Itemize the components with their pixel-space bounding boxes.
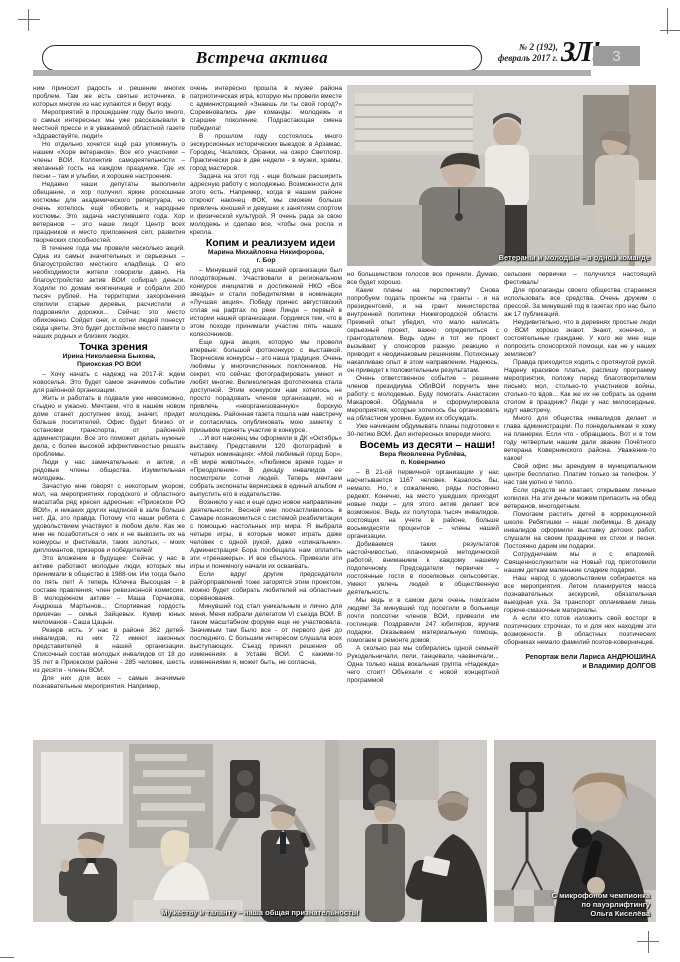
paragraph: – В 21-ой первичной организации у нас на…	[347, 469, 499, 541]
paragraph: ...И вот наконец мы оформили в ДК «Октяб…	[190, 435, 342, 499]
paragraph: Люди у нас замечательные: и актив, и ряд…	[33, 459, 185, 483]
page-number: 3	[612, 49, 620, 64]
header-rule	[33, 70, 591, 76]
paragraph: Мы ведь и в самом деле очень помогаем лю…	[347, 597, 499, 645]
paragraph: Наш народ с удовольствием собирается на …	[504, 575, 656, 615]
crop-mark-top-right	[660, 30, 680, 31]
paragraph: Правда приходится ходить с протянутой ру…	[504, 359, 656, 415]
newspaper-page: Встреча актива № 2 (192), февраль 2017 г…	[0, 0, 680, 962]
photo-caption: С микрофоном чемпионка по пауэрлифтингу …	[552, 891, 650, 918]
reporters-credit: Репортаж вели Лариса АНДРЮШИНА и Владими…	[504, 653, 656, 671]
crop-mark-top-left	[28, 9, 29, 31]
paragraph: – Минувший год для нашей организации был…	[190, 267, 342, 339]
paragraph: Если вдруг другие председатели райгорпра…	[190, 571, 342, 603]
paragraph: Помогаем растить детей в коррекционной ш…	[504, 511, 656, 551]
paragraph: – Хочу начать с надежд на 2017-й: ждем н…	[33, 371, 185, 395]
paragraph: В течение года мы провели несколько акци…	[33, 245, 185, 341]
column-1: ним приносит радость и решение многих пр…	[33, 85, 185, 737]
page-number-box: 3	[593, 46, 640, 66]
article-headline: Копим и реализуем идеи	[190, 237, 342, 249]
paragraph: Но отдельно хочется ещё раз упомянуть о …	[33, 141, 185, 181]
paragraph: сельские первички – получился настоящий …	[504, 271, 656, 287]
paragraph: Много для общества инвалидов делает и гл…	[504, 415, 656, 463]
paragraph: очень интересно прошла в музее района па…	[190, 85, 342, 133]
paragraph: А если кто готов изложить свой восторг в…	[504, 615, 656, 647]
section-title: Встреча актива	[196, 48, 328, 68]
column-3: но большинством голосов все приняли. Дум…	[347, 271, 499, 737]
paragraph: Зачастую мне говорят с некоторым укором,…	[33, 483, 185, 555]
paragraph: Для пропаганды своего общества стараемся…	[504, 287, 656, 319]
photo-veterans-and-youth: Ветераны и молодые – в одной команде	[347, 85, 656, 266]
paragraph: В прошлом году состоялось много экскурси…	[190, 133, 342, 173]
photo-illustration	[347, 85, 656, 266]
paragraph: Если средств не хватает, открываем личны…	[504, 487, 656, 511]
paragraph: но большинством голосов все приняли. Дум…	[347, 271, 499, 287]
article-byline: Ирина Николаевна Быкова, Приокская РО ВО…	[33, 353, 185, 369]
column-4: сельские первички – получился настоящий …	[504, 271, 656, 737]
paragraph: Резерв есть. У нас в районе 362 детей-ин…	[33, 627, 185, 675]
paragraph: Недавно наши депутаты выполнили обещание…	[33, 181, 185, 245]
paragraph: Добиваемся таких результатов настойчивос…	[347, 541, 499, 597]
photo-olga-kiseleva: С микрофоном чемпионка по пауэрлифтингу …	[494, 740, 656, 922]
photo-award-ceremony: Мужеству и таланту – наша общая признате…	[33, 740, 487, 922]
photo-caption: Ветераны и молодые – в одной команде	[499, 253, 650, 262]
paragraph: Это вложение в будущее. Сейчас у нас в а…	[33, 555, 185, 627]
paragraph: Задача на этот год - еще больше расширит…	[190, 173, 342, 237]
crop-mark-bottom-left	[0, 957, 14, 958]
article-headline: Восемь из десяти – наши!	[347, 439, 499, 451]
paragraph: Жить и работать в подвале уже невозможно…	[33, 395, 185, 459]
paragraph: Какие планы на перспективу? Снова попроб…	[347, 287, 499, 375]
column-2: очень интересно прошла в музее района па…	[190, 85, 342, 737]
paragraph: Минувший год стал уникальным и лично для…	[190, 603, 342, 667]
paragraph: Уже начинаем обдумывать планы подготовки…	[347, 423, 499, 439]
photo-illustration	[33, 740, 487, 922]
paragraph: Для них для всех – самые значимые познав…	[33, 675, 185, 691]
article-byline: Вера Яковлевна Рублёва, п. Ковернино	[347, 451, 499, 467]
issue-date: № 2 (192), февраль 2017 г.	[468, 42, 558, 64]
section-title-box: Встреча актива	[42, 45, 482, 71]
paragraph: Мероприятий в прошедшем году было много,…	[33, 109, 185, 141]
crop-mark-bottom-right	[648, 931, 649, 953]
paragraph: Очень ответственное событие – решение чл…	[347, 375, 499, 423]
article-headline: Точка зрения	[33, 341, 185, 353]
crop-mark-top-left	[18, 19, 40, 20]
paragraph: Еще одна акция, которую мы провели вперв…	[190, 339, 342, 435]
paragraph: ним приносит радость и решение многих пр…	[33, 85, 185, 109]
paragraph: Неудивительно, что в деревнях простые лю…	[504, 319, 656, 359]
article-byline: Марина Михайловна Никифорова, г. Бор	[190, 249, 342, 265]
paragraph: А сколько раз мы собирались одной семьей…	[347, 645, 499, 685]
photo-caption: Мужеству и таланту – наша общая признате…	[33, 908, 487, 917]
paragraph: Сотрудничаем мы и с епархией. Священносл…	[504, 551, 656, 575]
paragraph: Возникло у нас и еще одно новое направле…	[190, 499, 342, 571]
paragraph: Свой офис мы арендуем в муниципальном це…	[504, 463, 656, 487]
